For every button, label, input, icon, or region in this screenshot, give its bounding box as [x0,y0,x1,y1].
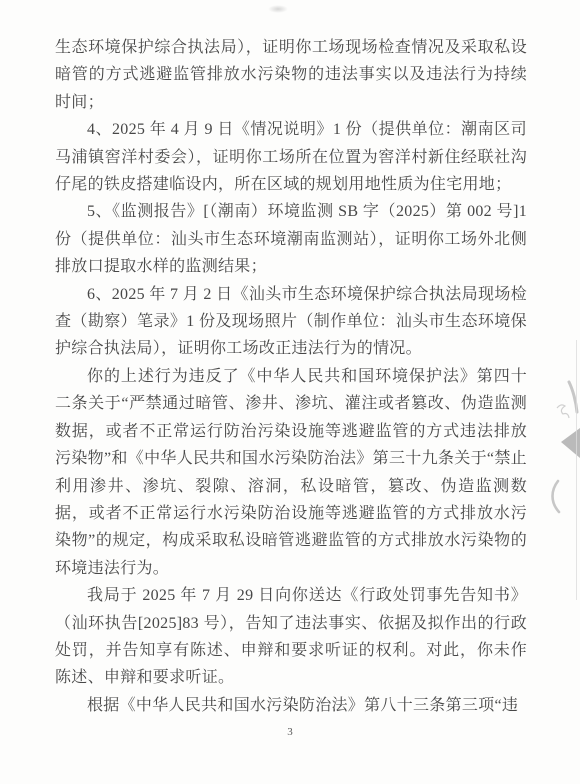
document-body: 生态环境保护综合执法局），证明你工场现场检查情况及采取私设暗管的方式逃避监管排放… [55,34,527,719]
scan-edge-line [576,340,577,600]
document-paragraph: 根据《中华人民共和国水污染防治法》第八十三条第三项“违 [55,692,527,719]
document-paragraph: 5、《监测报告》[（潮南）环境监测 SB 字（2025）第 002 号]1 份（… [55,198,527,280]
document-paragraph: 4、2025 年 4 月 9 日《情况说明》1 份（提供单位：潮南区司马浦镇窖洋… [55,116,527,198]
scan-smudge [268,5,288,13]
document-page: 生态环境保护综合执法局），证明你工场现场检查情况及采取私设暗管的方式逃避监管排放… [0,0,580,784]
document-paragraph: 我局于 2025 年 7 月 29 日向你送达《行政处罚事先告知书》（汕环执告[… [55,582,527,692]
document-paragraph: 6、2025 年 7 月 2 日《汕头市生态环境保护综合执法局现场检查（勘察）笔… [55,281,527,363]
page-number: 3 [0,726,580,738]
document-paragraph: 你的上述行为违反了《中华人民共和国环境保护法》第四十二条关于“严禁通过暗管、渗井… [55,363,527,582]
document-paragraph: 生态环境保护综合执法局），证明你工场现场检查情况及采取私设暗管的方式逃避监管排放… [55,34,527,116]
